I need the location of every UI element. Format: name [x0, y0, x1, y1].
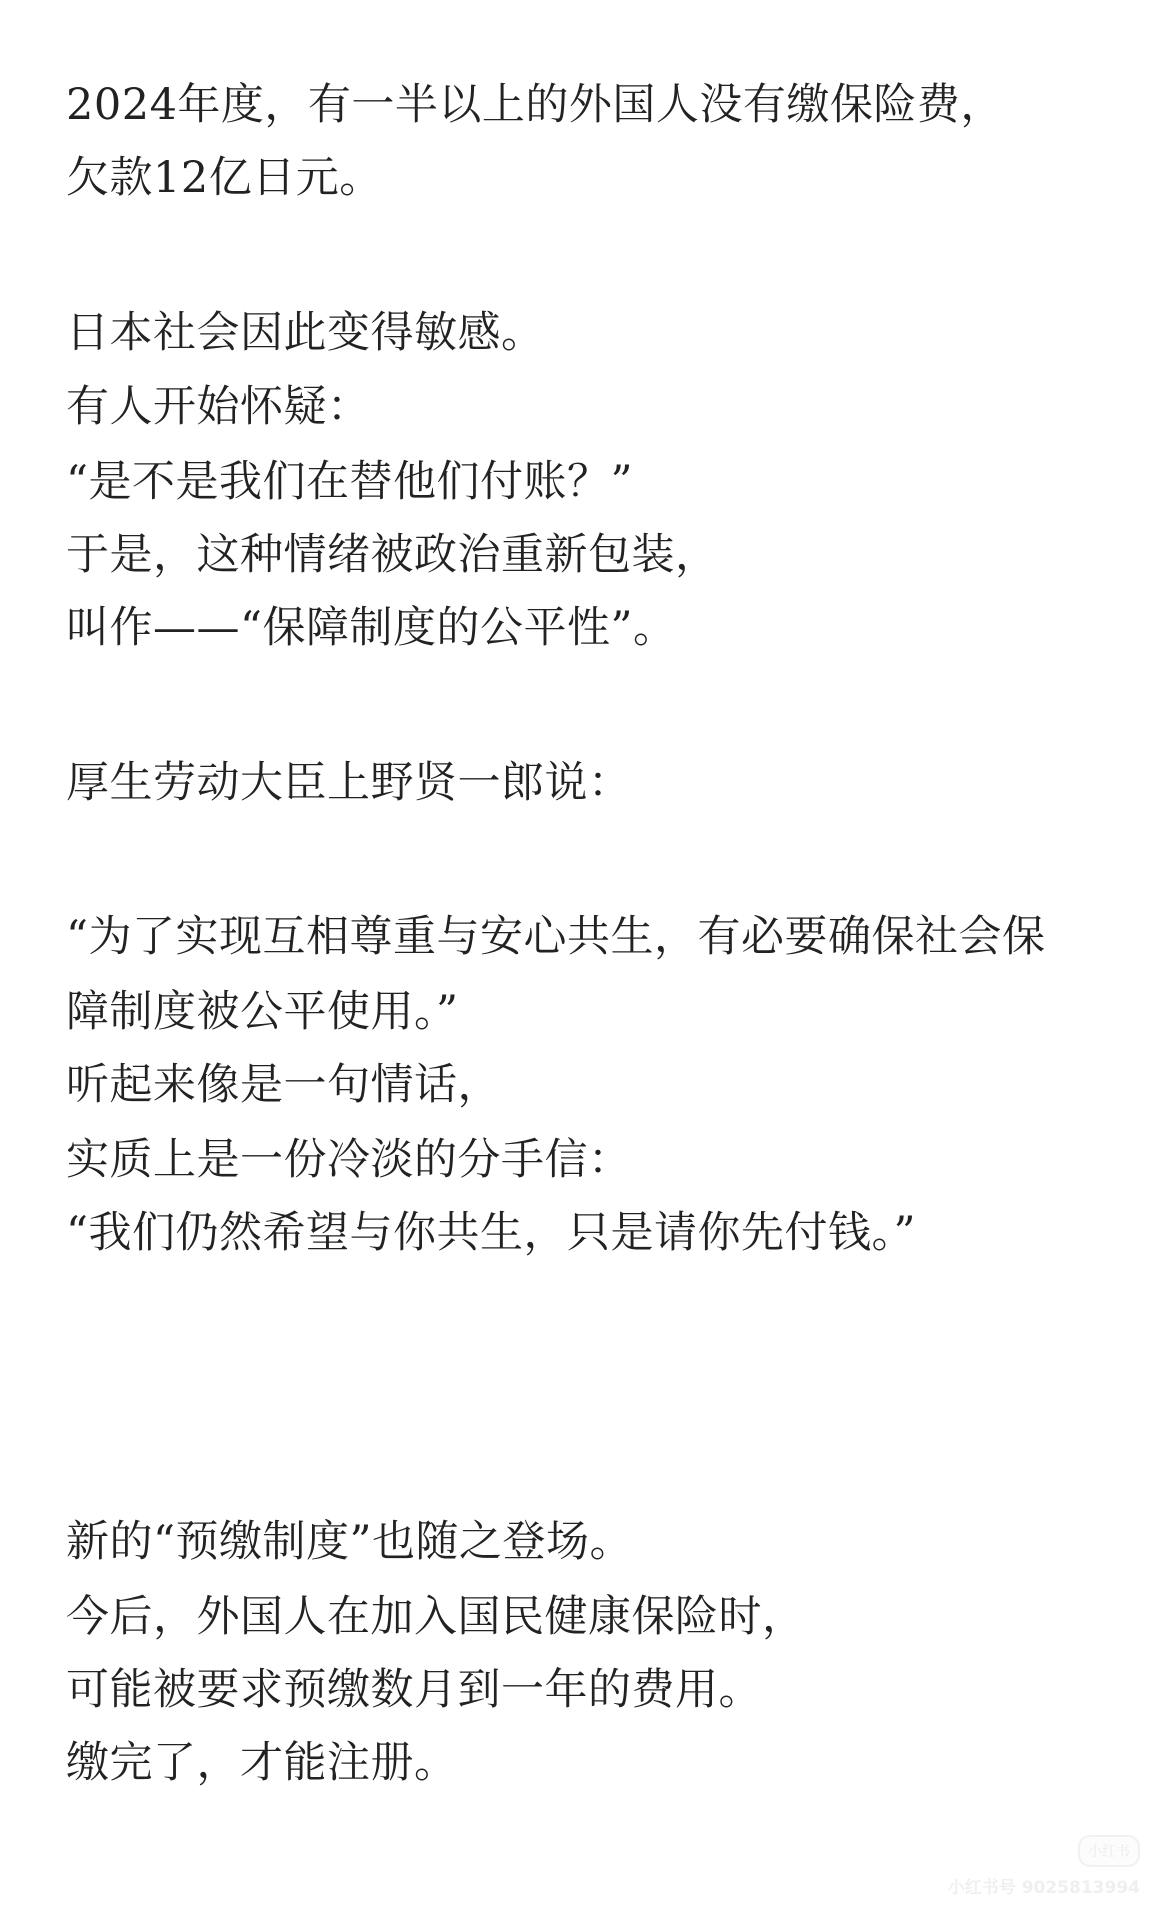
- text-line: 厚生劳动大臣上野贤一郎说：: [66, 755, 632, 811]
- text-line: 缴完了，才能注册。: [66, 1735, 458, 1791]
- text-line: 叫作——“保障制度的公平性”。: [66, 600, 676, 656]
- watermark-logo-icon: 小红书: [1078, 1835, 1140, 1867]
- text-line: 可能被要求预缴数月到一年的费用。: [66, 1662, 762, 1718]
- text-line: 听起来像是一句情话，: [66, 1057, 501, 1113]
- text-line: 有人开始怀疑：: [66, 379, 371, 435]
- quote-line: “为了实现互相尊重与安心共生，有必要确保社会保: [66, 909, 1045, 965]
- quote-line: “我们仍然希望与你共生，只是请你先付钱。”: [66, 1205, 916, 1261]
- watermark-id: 小红书号 9025813994: [948, 1873, 1140, 1898]
- text-line: 实质上是一份冷淡的分手信：: [66, 1132, 632, 1188]
- article-page: 2024年度，有一半以上的外国人没有缴保险费， 欠款12亿日元。 日本社会因此变…: [0, 0, 1152, 1920]
- quote-line: “是不是我们在替他们付账？”: [66, 454, 633, 510]
- text-line: 日本社会因此变得敏感。: [66, 305, 545, 361]
- watermark: 小红书 小红书号 9025813994: [948, 1835, 1140, 1898]
- text-line: 新的“预缴制度”也随之登场。: [66, 1514, 633, 1570]
- text-line: 今后，外国人在加入国民健康保险时，: [66, 1589, 806, 1645]
- quote-line: 障制度被公平使用。”: [66, 984, 458, 1040]
- text-line: 2024年度，有一半以上的外国人没有缴保险费，: [66, 77, 1004, 133]
- text-line: 于是，这种情绪被政治重新包装，: [66, 527, 719, 583]
- text-line: 欠款12亿日元。: [66, 150, 383, 206]
